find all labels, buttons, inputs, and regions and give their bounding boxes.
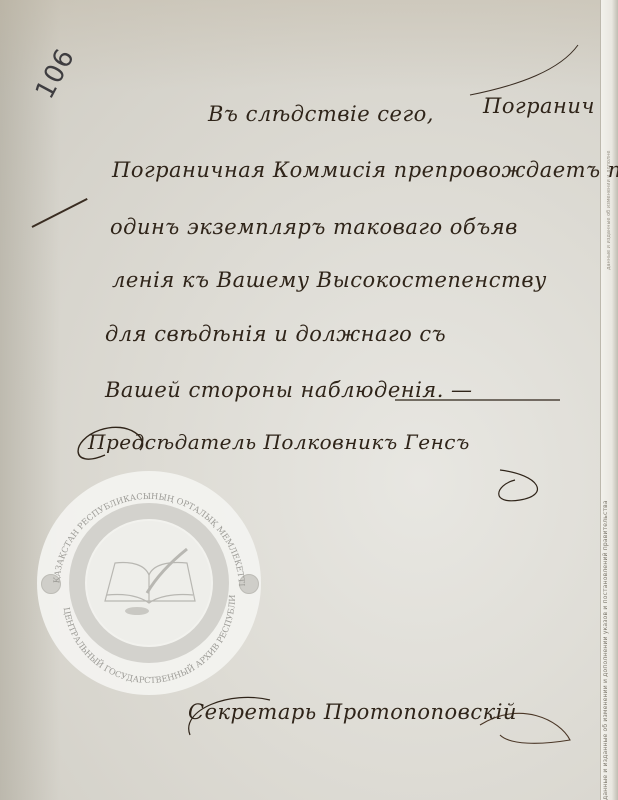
handwritten-line-3: одинъ экземпляръ таковаго объяв [110,215,518,239]
handwritten-line-1: Въ слѣдствіе сего, [208,102,434,126]
edge-printed-text: данные и изданные об изменении и дополне… [602,470,616,800]
handwritten-line-4: ленія къ Вашему Высокостепенству [112,268,547,292]
svg-text:ҚАЗАҚСТАН РЕСПУБЛИКАСЫНЫҢ ОРТА: ҚАЗАҚСТАН РЕСПУБЛИКАСЫНЫҢ ОРТАЛЫҚ МЕМЛЕК… [37,471,247,587]
archive-watermark-stamp: ҚАЗАҚСТАН РЕСПУБЛИКАСЫНЫҢ ОРТАЛЫҚ МЕМЛЕК… [37,471,261,695]
secretary-signature: Секретарь Протопоповскій [188,700,517,724]
book-and-quill-icon [105,549,195,615]
stamp-bottom-text: ЦЕНТРАЛЬНЫЙ ГОСУДАРСТВЕННЫЙ АРХИВ РЕСПУБ… [37,471,237,685]
svg-text:ЦЕНТРАЛЬНЫЙ ГОСУДАРСТВЕННЫЙ АР: ЦЕНТРАЛЬНЫЙ ГОСУДАРСТВЕННЫЙ АРХИВ РЕСПУБ… [37,471,237,685]
handwritten-line-1-right: Погранич [483,94,595,118]
handwritten-line-5: для свѣдѣнія и должнаго съ [105,322,446,346]
chairman-signature-line: Предсѣдатель Полковникъ Генсъ [88,430,470,454]
stamp-text-ring: ҚАЗАҚСТАН РЕСПУБЛИКАСЫНЫҢ ОРТАЛЫҚ МЕМЛЕК… [37,471,261,695]
handwritten-line-2: Пограничная Коммисія препровождаетъ при … [112,158,618,182]
handwritten-line-6: Вашей стороны наблюденія. — [105,378,473,402]
stamp-top-text: ҚАЗАҚСТАН РЕСПУБЛИКАСЫНЫҢ ОРТАЛЫҚ МЕМЛЕК… [37,471,247,587]
